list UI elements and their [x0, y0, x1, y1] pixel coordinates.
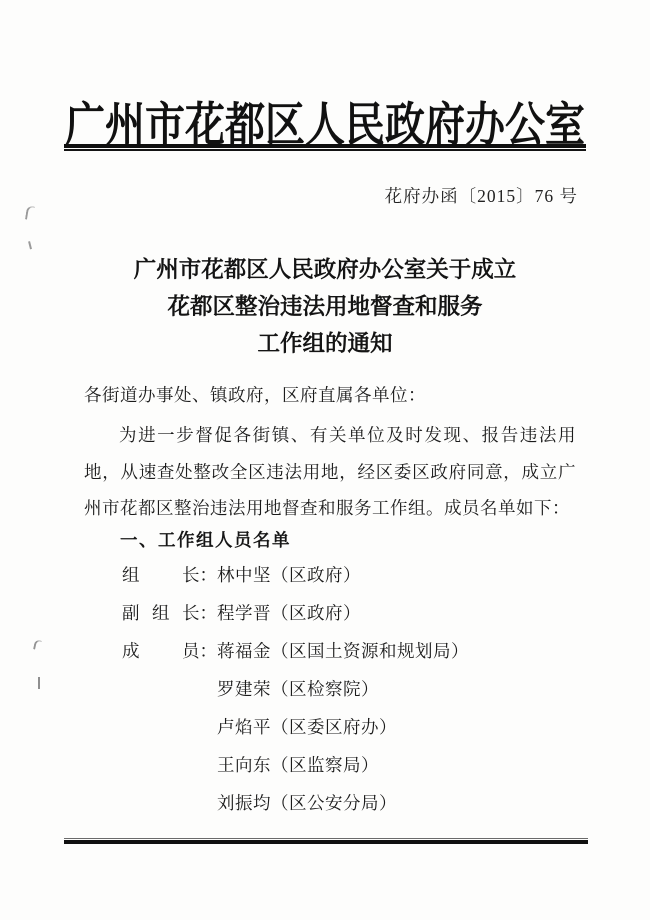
scan-artifact [28, 241, 34, 250]
roster-row-deputy-leader: 副组长： 程学晋（区政府） [122, 601, 469, 639]
roster-row-member: 刘振均（区公安分局） [122, 791, 469, 829]
notice-title: 广州市花都区人民政府办公室关于成立 花都区整治违法用地督查和服务 工作组的通知 [0, 251, 650, 362]
roster-member-name: 刘振均（区公安分局） [217, 791, 397, 815]
body-paragraph: 为进一步督促各街镇、有关单位及时发现、报告违法用地，从速查处整改全区违法用地，经… [84, 417, 576, 527]
document-number: 花府办函〔2015〕76 号 [385, 183, 578, 208]
roster-role-label: 副组长： [122, 601, 217, 625]
notice-title-line-1: 广州市花都区人民政府办公室关于成立 [0, 251, 650, 288]
roster-member-name: 蒋福金（区国土资源和规划局） [217, 639, 469, 663]
roster-role-label: 组长： [122, 563, 217, 587]
roster-row-leader: 组长： 林中坚（区政府） [122, 563, 469, 601]
scanned-notice-page: 广州市花都区人民政府办公室 花府办函〔2015〕76 号 广州市花都区人民政府办… [0, 0, 650, 920]
scan-artifact [25, 205, 35, 220]
letterhead-rule [64, 144, 586, 151]
roster-row-member: 罗建荣（区检察院） [122, 677, 469, 715]
letterhead-rule-thin [64, 149, 586, 151]
roster-row-member: 卢焰平（区委区府办） [122, 715, 469, 753]
roster-member-name: 程学晋（区政府） [217, 601, 361, 625]
notice-title-line-3: 工作组的通知 [0, 325, 650, 362]
roster-list: 组长： 林中坚（区政府） 副组长： 程学晋（区政府） 成员： 蒋福金（区国土资源… [122, 563, 469, 829]
salutation: 各街道办事处、镇政府，区府直属各单位： [84, 382, 426, 407]
roster-role-label: 成员： [122, 639, 217, 663]
roster-member-name: 罗建荣（区检察院） [217, 677, 379, 701]
footer-rule-thick [64, 840, 588, 844]
scan-artifact [38, 677, 42, 689]
roster-member-name: 林中坚（区政府） [217, 563, 361, 587]
footer-rule [64, 838, 588, 844]
roster-member-name: 王向东（区监察局） [217, 753, 379, 777]
roster-row-member: 王向东（区监察局） [122, 753, 469, 791]
footer-rule-thin [64, 838, 588, 839]
scan-artifact [33, 639, 42, 650]
section-heading: 一、工作组人员名单 [120, 527, 291, 552]
roster-row-member: 成员： 蒋福金（区国土资源和规划局） [122, 639, 469, 677]
letterhead-rule-thick [64, 144, 586, 148]
notice-title-line-2: 花都区整治违法用地督查和服务 [0, 288, 650, 325]
roster-member-name: 卢焰平（区委区府办） [217, 715, 397, 739]
